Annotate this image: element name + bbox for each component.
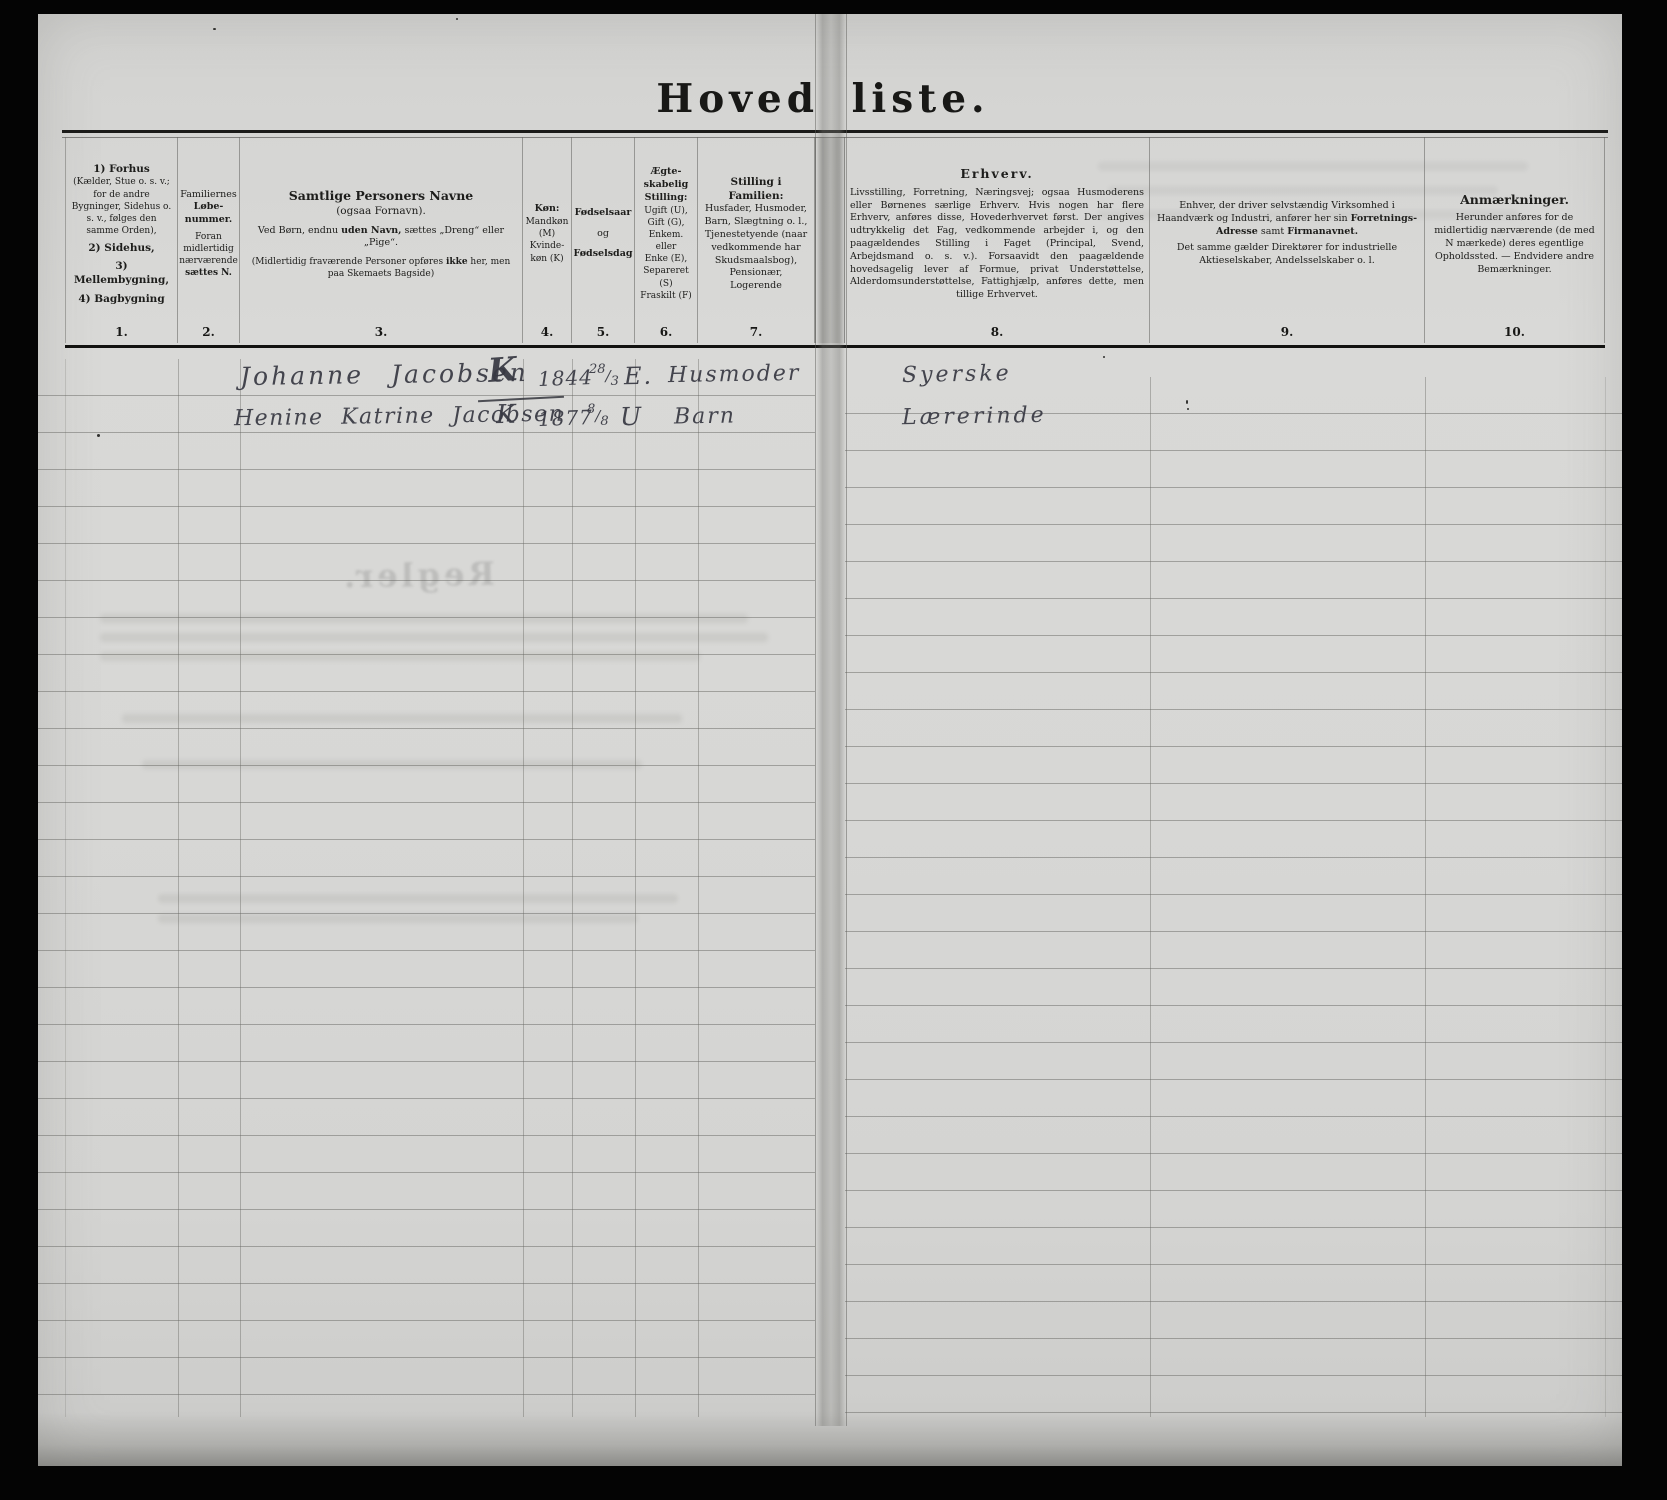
column-line — [240, 359, 241, 1417]
header-note: Enhver, der driver selvstændig Virksomhe… — [1155, 200, 1419, 238]
column-number: 2. — [178, 324, 239, 340]
column-header-birth: Fødselsaar og Fødselsdag 5. — [572, 137, 635, 343]
header-text: 3) Mellembygning, — [71, 259, 172, 287]
header-text: Fraskilt (F) — [640, 290, 692, 302]
column-number: 9. — [1150, 324, 1424, 340]
header-text: køn (K) — [530, 253, 563, 265]
header-note: Ved Børn, endnu uden Navn, sættes „Dreng… — [245, 225, 517, 251]
bleed-through-line — [100, 633, 768, 642]
header-text: Samtlige Personers Navne — [289, 188, 474, 205]
header-text: Enkem. eller — [640, 229, 692, 253]
header-note: (Kælder, Stue o. s. v.; for de andre Byg… — [71, 176, 172, 237]
column-line — [635, 359, 636, 1417]
entry-birth-day: 28/3 — [589, 362, 619, 389]
header-note: sættes N. — [185, 267, 232, 279]
header-text: Stilling i Familien: — [703, 175, 809, 203]
bleed-through-line — [1098, 162, 1528, 171]
column-number: 5. — [572, 324, 634, 340]
column-line — [698, 359, 699, 1417]
column-number: 8. — [845, 324, 1149, 340]
header-note: (Midlertidig fraværende Personer opføres… — [245, 256, 517, 280]
bleed-through-line — [158, 914, 638, 923]
header-text: Gift (G), — [648, 217, 685, 229]
bleed-through-heading: Regler. — [340, 555, 496, 596]
entry-name: Johanne Jacobsen — [240, 358, 529, 391]
column-number: 6. — [635, 324, 697, 340]
header-text: Stilling: — [645, 192, 688, 205]
entry-family-position: Barn — [674, 403, 736, 429]
column-number: 3. — [240, 324, 522, 340]
header-note: Foran — [195, 231, 222, 243]
column-header-family-number: Familiernes Løbe- nummer. Foran midlerti… — [178, 137, 240, 343]
header-text: Køn: — [535, 203, 560, 216]
column-line — [1425, 377, 1426, 1417]
header-text: Mandkøn — [526, 216, 569, 228]
header-text: (M) — [539, 228, 555, 240]
header-note: Herunder anføres for de midlertidig nærv… — [1430, 212, 1599, 276]
header-text: 2) Sidehus, — [88, 241, 154, 255]
bleed-through-line — [100, 614, 748, 623]
scan-speck — [213, 28, 216, 30]
bleed-through-line — [158, 894, 678, 903]
header-text: (S) — [659, 278, 672, 290]
entry-marital: E. — [624, 362, 654, 391]
bleed-through-line — [1108, 186, 1498, 195]
bleed-through-line — [1098, 210, 1518, 219]
page-fold-crease — [815, 14, 847, 1426]
bleed-through-line — [122, 714, 682, 723]
header-text: Enke (E), — [645, 253, 687, 265]
header-text: Fødselsaar — [575, 207, 632, 220]
entry-sex: K — [496, 400, 518, 430]
entry-birth-day: 8/8 — [587, 402, 609, 429]
column-line — [523, 359, 524, 1417]
bleed-through-line — [142, 760, 642, 769]
column-number: 7. — [698, 324, 814, 340]
header-note: midlertidig — [183, 243, 234, 255]
header-note: Livsstilling, Forretning, Næringsvej; og… — [850, 187, 1144, 302]
bleed-through-line — [100, 652, 700, 661]
header-text: Løbe- — [194, 201, 224, 214]
entry-birth-year: 1877 — [538, 405, 594, 431]
header-note: Det samme gælder Direktører for industri… — [1155, 242, 1419, 268]
entry-marital: U — [620, 402, 644, 431]
column-number: 4. — [523, 324, 571, 340]
scan-speck — [97, 434, 100, 437]
column-line — [572, 359, 573, 1417]
header-text: Ægte- — [651, 166, 682, 179]
header-text: Ugift (U), — [644, 205, 688, 217]
scan-speck — [1186, 400, 1188, 404]
scan-speck — [1103, 356, 1105, 358]
header-text: Fødselsdag — [574, 248, 633, 261]
column-header-names: Samtlige Personers Navne (ogsaa Fornavn)… — [240, 137, 523, 343]
header-text: Kvinde- — [530, 240, 565, 252]
column-number: 1. — [66, 324, 177, 340]
header-text: nummer. — [185, 214, 232, 227]
column-line — [65, 359, 66, 1417]
column-line — [1605, 377, 1606, 1417]
entry-sex: K — [487, 349, 518, 390]
header-text: (ogsaa Fornavn). — [336, 204, 426, 218]
column-header-marital-status: Ægte- skabelig Stilling: Ugift (U), Gift… — [635, 137, 698, 343]
header-text: Husfader, Husmoder, Barn, Slægtning o. l… — [703, 203, 809, 293]
header-text: 1) Forhus — [93, 162, 150, 176]
header-text: Erhverv. — [960, 166, 1033, 183]
header-text: skabelig — [644, 179, 689, 192]
header-note: nærværende — [179, 255, 238, 267]
entry-family-position: Husmoder — [668, 361, 801, 388]
census-form-page: Hoved liste. 1) Forhus (Kælder, Stue o. … — [38, 14, 1622, 1466]
column-header-building: 1) Forhus (Kælder, Stue o. s. v.; for de… — [65, 137, 178, 343]
scan-speck — [456, 18, 458, 20]
header-text: Separeret — [643, 265, 689, 277]
column-line — [178, 359, 179, 1417]
page-bottom-shadow — [38, 1412, 1622, 1466]
entry-occupation: Lærerinde — [902, 403, 1047, 431]
column-line — [1150, 377, 1151, 1417]
column-header-family-position: Stilling i Familien: Husfader, Husmoder,… — [698, 137, 815, 343]
column-number: 10. — [1425, 324, 1604, 340]
scanned-census-sheet: { "title": "Hoved liste.", "header": { "… — [0, 0, 1667, 1500]
entry-birth-year: 1844 — [538, 365, 594, 391]
header-text: og — [597, 228, 609, 241]
header-text: 4) Bagbygning — [78, 292, 164, 306]
entry-occupation: Syerske — [902, 361, 1012, 388]
column-header-sex: Køn: Mandkøn (M) Kvinde- køn (K) 4. — [523, 137, 572, 343]
header-text: Familiernes — [180, 189, 237, 202]
scan-speck — [1187, 408, 1189, 410]
ruled-lines-right — [845, 377, 1622, 1417]
